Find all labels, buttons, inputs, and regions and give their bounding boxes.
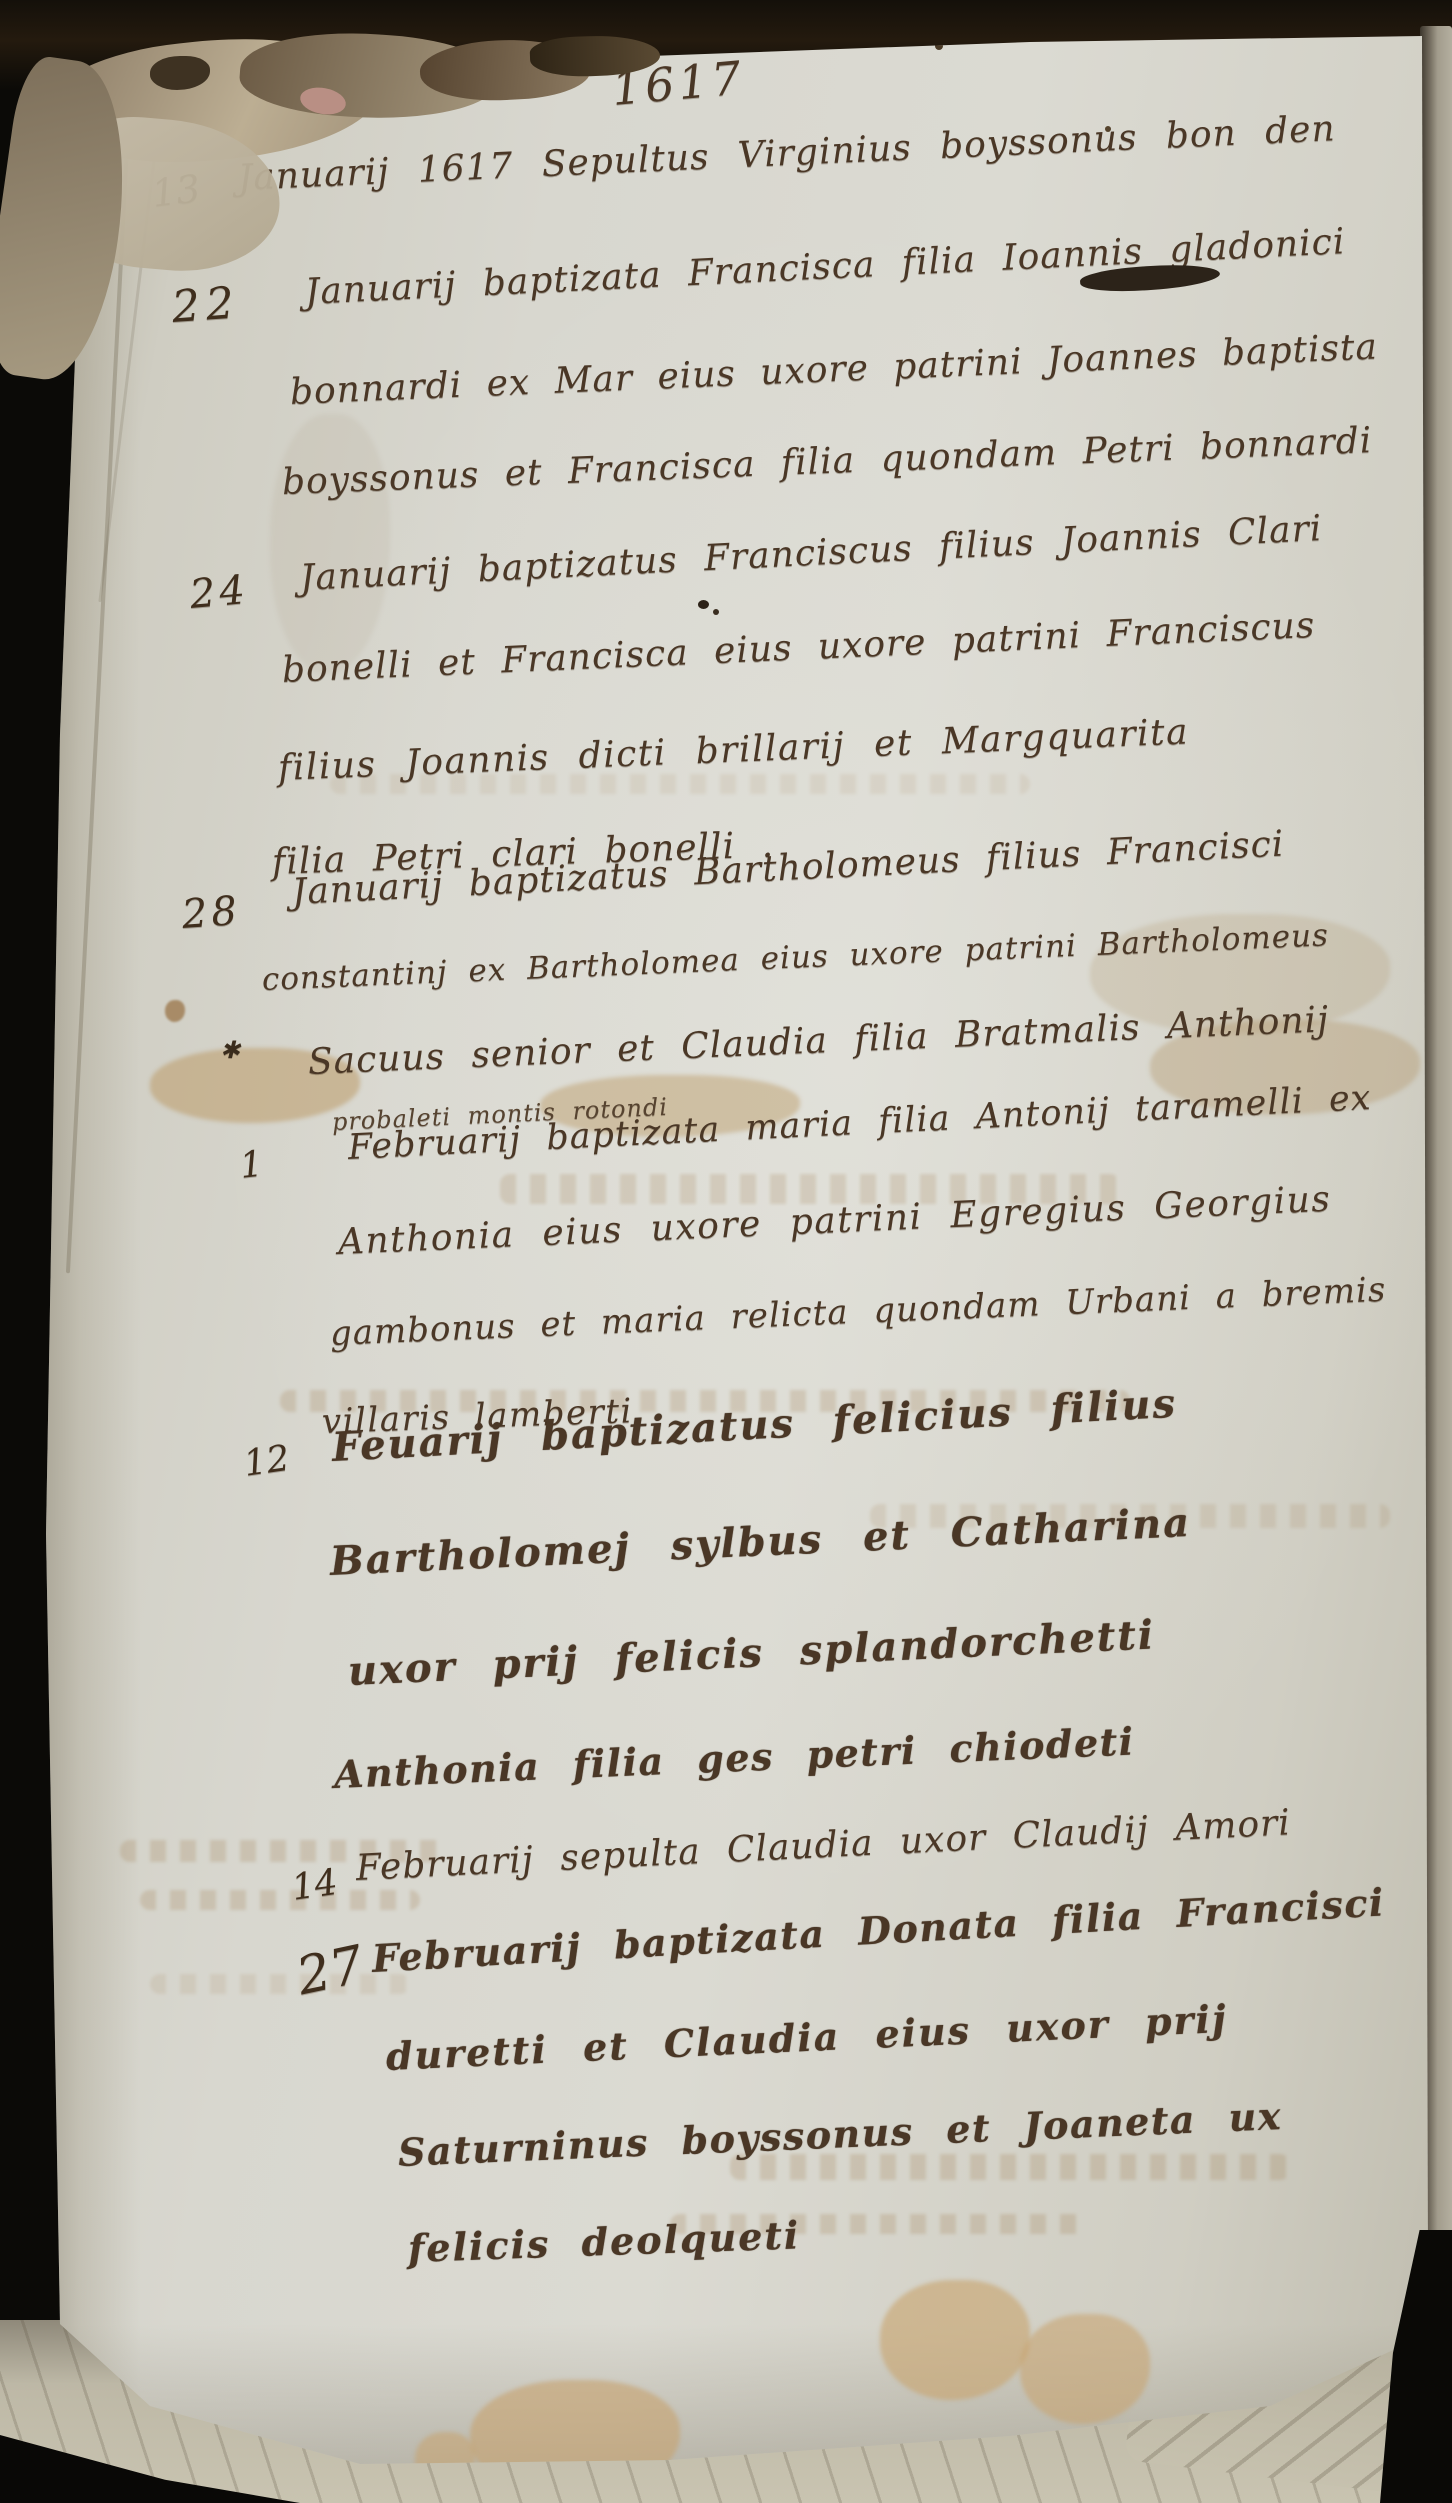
entry-day-number: 24	[188, 567, 251, 618]
entry-line: gambonus et maria relicta quondam Urbani…	[329, 1270, 1387, 1354]
entry-line: Anthonia filia ges petri chiodeti	[333, 1718, 1135, 1797]
entry-line: Februarij sepulta Claudia uxor Claudij A…	[355, 1802, 1292, 1889]
bleed-through-text	[730, 2154, 1290, 2180]
marginal-asterisk: ✱	[220, 1036, 240, 1064]
entry-day-number: 28	[180, 888, 242, 938]
entry-line: Januarij baptizatus Franciscus filius Jo…	[299, 508, 1323, 599]
ink-speck	[698, 600, 709, 609]
entry-day-number: 14	[289, 1862, 340, 1909]
ink-speck	[713, 609, 719, 615]
stain	[270, 414, 390, 674]
entry-line: felicis deolqueti	[407, 2212, 801, 2271]
bleed-through-text	[140, 1890, 420, 1910]
entry-day-number: 1	[238, 1144, 265, 1187]
entry-line: uxor prij felicis splandorchetti	[347, 1611, 1156, 1695]
entry-day-number: 22	[170, 277, 241, 333]
manuscript-photo: { "document": { "kind": "handwritten par…	[0, 0, 1452, 2503]
stain	[165, 1000, 185, 1022]
manuscript-page: 1617 13 Januarij 1617 Sepultus Virginius…	[30, 34, 1430, 2470]
entry-day-number: 27	[292, 1935, 369, 2007]
bleed-through-text	[150, 1974, 410, 1994]
entry-line: Februarij baptizata maria filia Antonij …	[347, 1078, 1372, 1168]
entry-day-number: 12	[241, 1438, 292, 1485]
entry-line: boyssonus et Francisca filia quondam Pet…	[281, 420, 1373, 503]
entry-line: Februarij baptizata Donata filia Francis…	[371, 1879, 1386, 1981]
entry-line: duretti et Claudia eius uxor prij	[385, 1996, 1229, 2079]
entry-line: bonnardi ex Mar eius uxore patrini Joann…	[289, 326, 1379, 413]
entry-line: Januarij 1617 Sepultus Virginius boysson…	[237, 108, 1336, 199]
entry-line: Bartholomej sylbus et Catharina	[329, 1499, 1192, 1585]
entry-line: bonelli et Francisca eius uxore patrini …	[281, 605, 1316, 691]
